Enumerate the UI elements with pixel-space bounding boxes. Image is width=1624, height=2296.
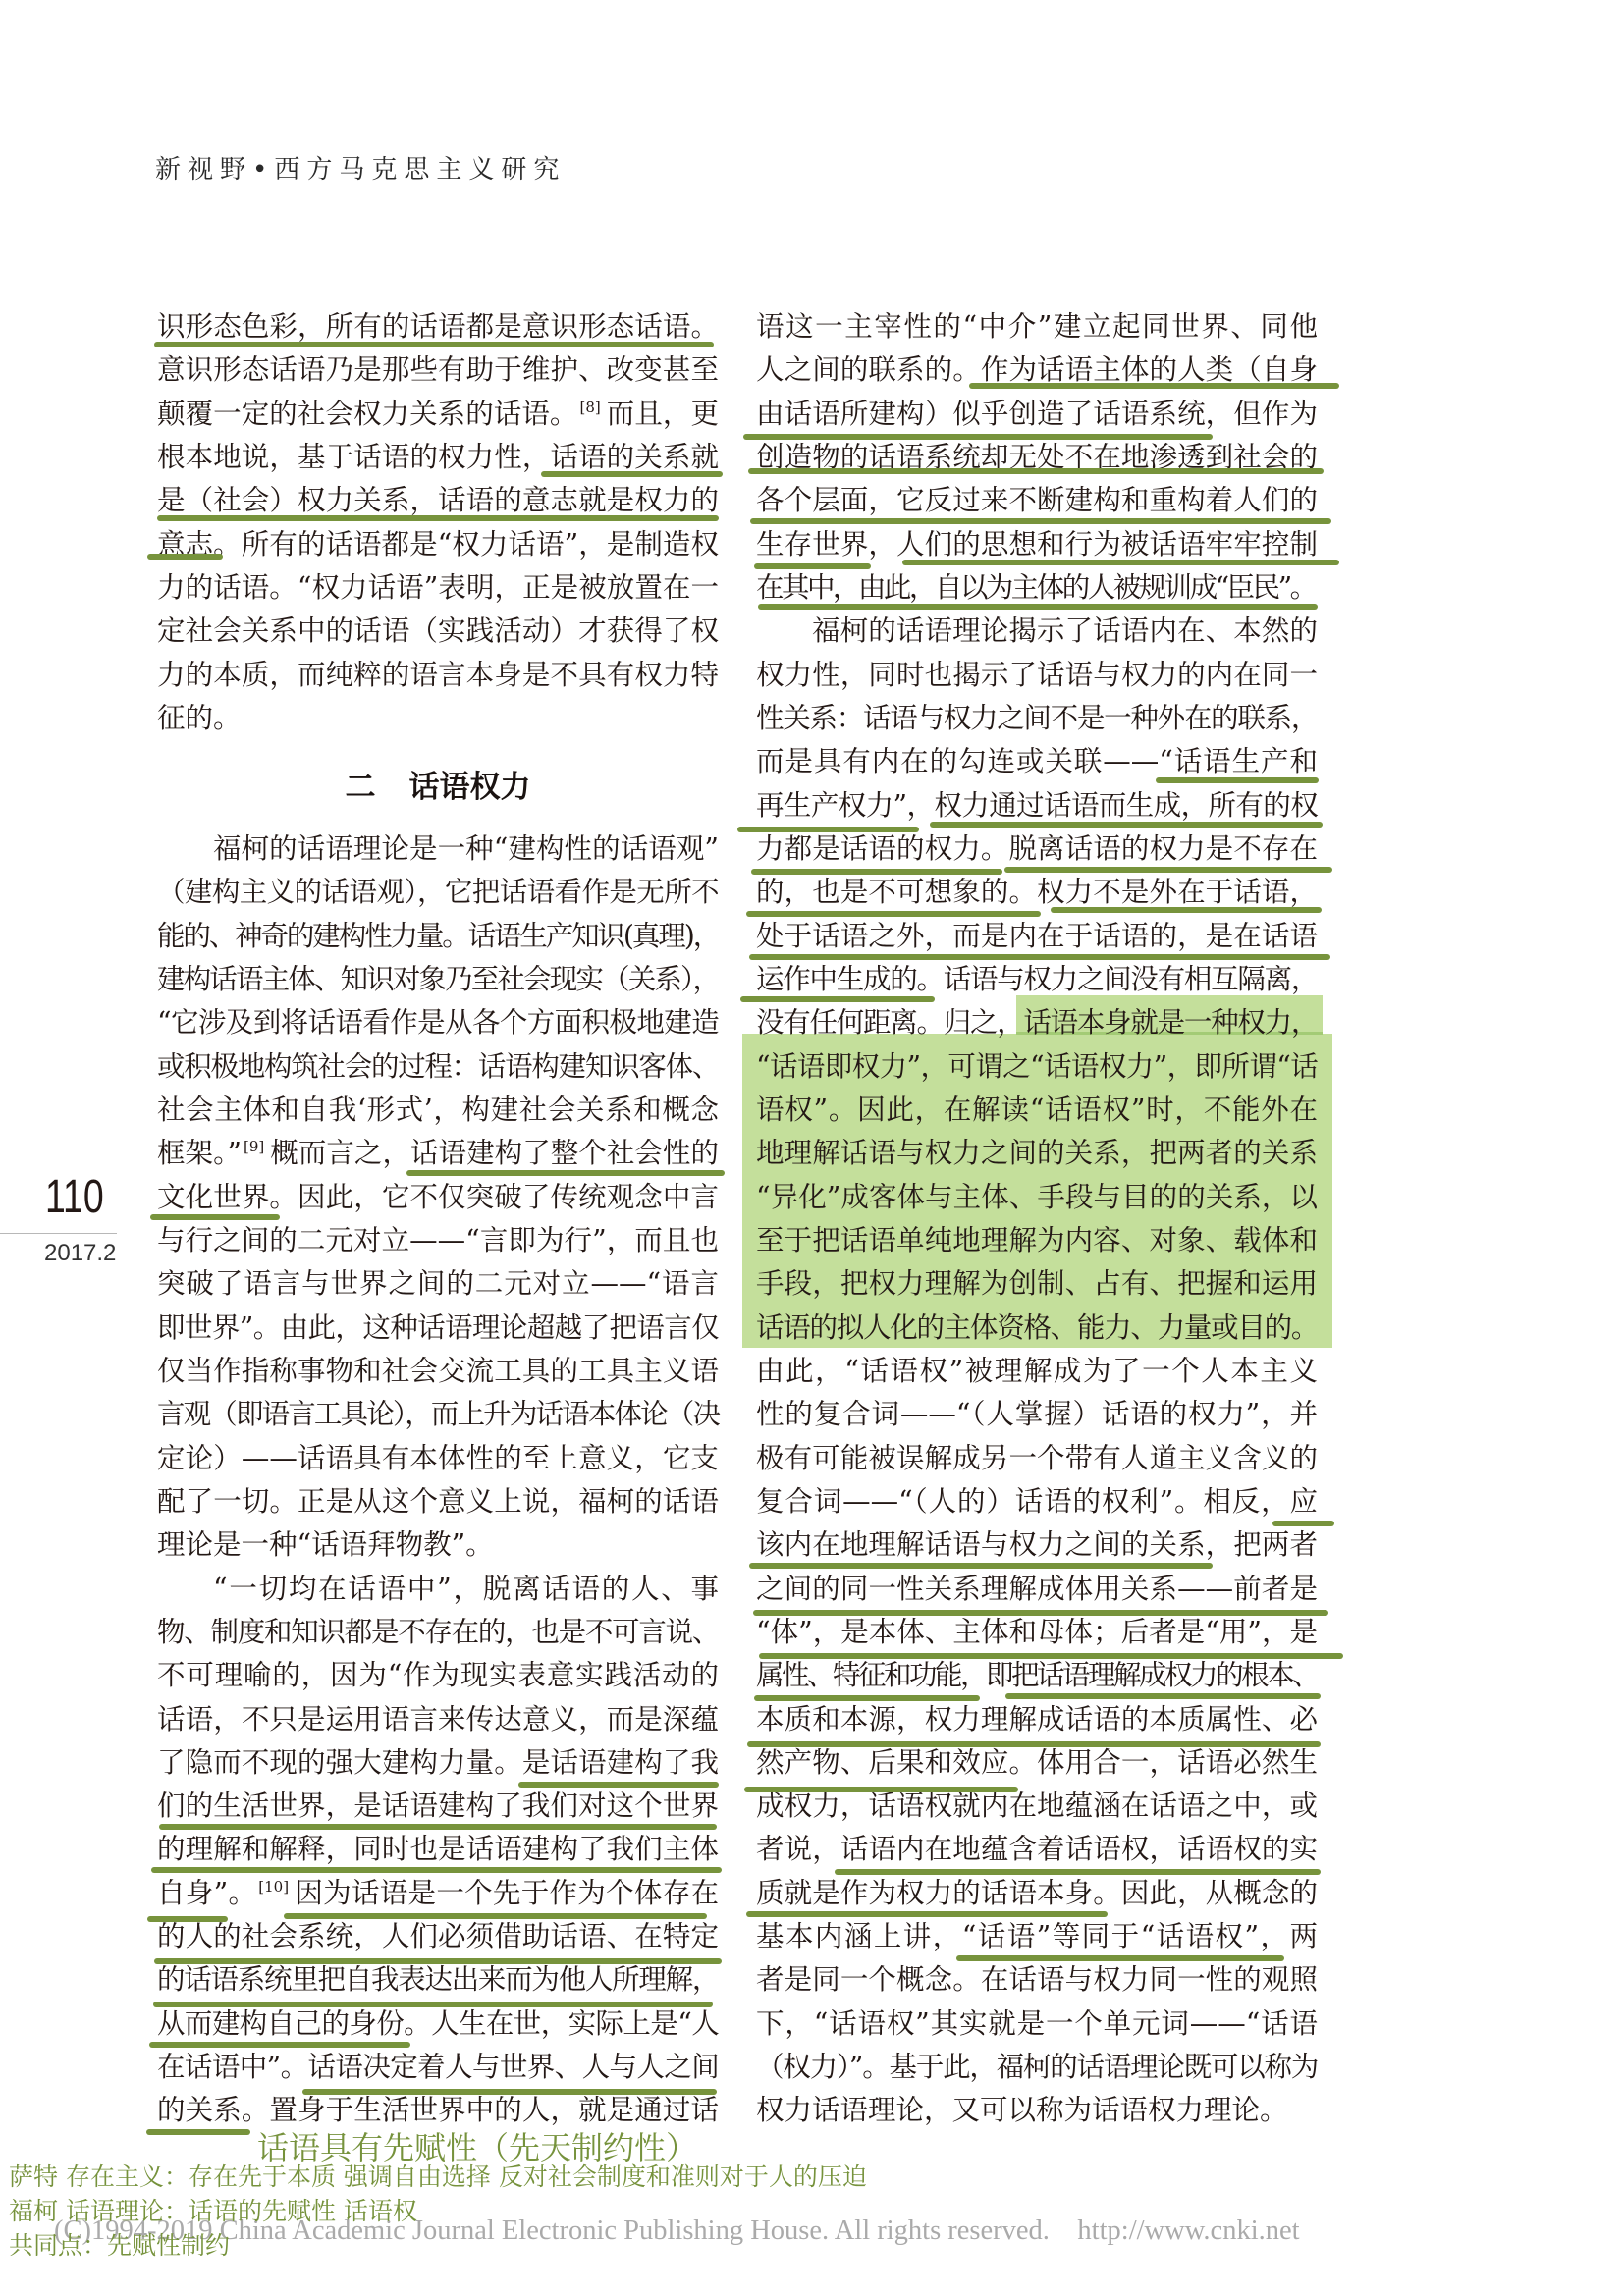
pen-underline [759,1653,1343,1659]
pen-underline [1004,867,1332,873]
pen-underline [284,1913,707,1919]
text-line: 各个层面，它反过来不断建构和重构着人们的 [756,479,1318,522]
annotation-note-common: 共同点：先赋性制约 [9,2228,230,2263]
line-text: 因为话语是一个先于作为个体存在 [295,1877,719,1909]
pen-underline [147,554,223,560]
text-line: 与行之间的二元对立——“言即为行”，而且也 [157,1219,719,1262]
text-line: 配了一切。正是从这个意义上说，福柯的话语 [157,1480,719,1523]
text-line: 定社会关系中的话语（实践活动）才获得了权 [157,610,719,653]
text-line: 处于话语之外，而是内在于话语的，是在话语 [756,915,1318,958]
text-line: 即世界”。由此，这种话语理论超越了把语言仅 [157,1307,719,1350]
text-line: 力的话语。“权力话语”表明，正是被放置在一 [157,566,719,610]
text-line: 定论）——话语具有本体性的至上意义，它支 [157,1437,719,1480]
page-number: 110 [45,1174,104,1221]
pen-underline [740,996,935,1002]
text-line: 基本内涵上讲，“话语”等同于“话语权”，两 [756,1915,1318,1958]
section-heading: 二 话语权力 [157,740,719,828]
text-line: 仅当作指称事物和社会交流工具的工具主义语 [157,1350,719,1393]
folio-divider [0,1233,117,1234]
text-line: 权力性，同时也揭示了话语与权力的内在同一 [756,654,1318,697]
text-line: 权力话语理论，又可以称为话语权力理论。 [756,2089,1318,2132]
pen-underline [751,869,1002,875]
text-line: 不可理喻的，因为“作为现实表意实践活动的 [157,1654,719,1697]
pen-underline [749,1563,1213,1569]
text-line: 语这一主宰性的“中介”建立起同世界、同他 [756,305,1318,348]
text-line: 没有任何距离。归之，话语本身就是一种权力， [756,1001,1318,1044]
pen-underline [541,471,723,477]
text-line: 能的、神奇的建构性力量。话语生产知识(真理)， [157,915,719,958]
text-line: 然产物、后果和效应。体用合一，话语必然生 [756,1741,1318,1785]
pen-underline [930,822,1323,828]
text-line: 的话语系统里把自我表达出来而为他人所理解， [157,1958,719,2002]
text-line: 话语，不只是运用语言来传达意义，而是深蕴 [157,1698,719,1741]
text-line: 属性、特征和功能，即把话语理解成权力的根本、 [756,1654,1318,1697]
text-line: 复合词——“（人的）话语的权利”。相反，应 [756,1480,1318,1523]
pen-underline [750,518,1331,524]
text-line: “一切均在话语中”，脱离话语的人、事 [157,1568,719,1611]
text-line: 自身”。[10]因为话语是一个先于作为个体存在 [157,1872,719,1915]
text-line: 从而建构自己的身份。人生在世，实际上是“人 [157,2002,719,2046]
text-line: “它涉及到将话语看作是从各个方面积极地建造 [157,1001,719,1044]
pen-underline [749,954,1330,960]
text-line: 地理解话语与权力之间的关系，把两者的关系 [756,1132,1318,1175]
pen-underline [758,604,1318,610]
annotation-note-sartre: 萨特 存在主义：存在先于本质 强调自由选择 反对社会制度和准则对于人的压迫 [9,2160,867,2194]
pen-underline [153,2002,713,2007]
line-text: 概而言之，话语建构了整个社会性的 [270,1137,719,1169]
pen-underline [1156,777,1319,783]
text-line: 征的。 [157,697,719,740]
citation-ref: [10] [258,1878,289,1896]
text-line: 语权”。因此，在解读“话语权”时，不能外在 [756,1089,1318,1132]
pen-underline [154,342,714,347]
text-line: 文化世界。因此，它不仅突破了传统观念中言 [157,1176,719,1219]
section-number: 二 [346,766,376,809]
pen-underline [969,383,1339,389]
text-line: 性关系：话语与权力之间不是一种外在的联系， [756,697,1318,740]
journal-page: 新视野•西方马克思主义研究 110 2017.2 识形态色彩，所有的话语都是意识… [0,0,1624,2296]
pen-underline [518,1782,719,1788]
pen-underline [157,515,719,521]
citation-ref: [9] [244,1138,264,1155]
pen-underline [747,1741,1321,1747]
text-line: “体”，是本体、主体和母体；后者是“用”，是 [756,1611,1318,1654]
pen-underline [1005,1693,1321,1699]
pen-underline [150,1214,280,1220]
pen-underline [154,1958,722,1964]
line-text: 颠覆一定的社会权力关系的话语。 [157,398,577,430]
text-line: 之间的同一性关系理解成体用关系——前者是 [756,1568,1318,1611]
pen-underline [754,1695,980,1701]
right-column: 语这一主宰性的“中介”建立起同世界、同他 人之间的联系的。作为话语主体的人类（自… [756,305,1318,2133]
pen-underline [149,2042,410,2048]
line-text: 而且，更 [607,398,719,430]
pen-underline [744,1787,1018,1792]
text-line: 颠覆一定的社会权力关系的话语。[8]而且，更 [157,393,719,436]
text-line: 福柯的话语理论是一种“建构性的话语观” [157,828,719,871]
pen-underline [956,1955,1284,1961]
text-line: 的理解和解释，同时也是话语建构了我们主体 [157,1828,719,1871]
text-line: 本质和本源，权力理解成话语的本质属性、必 [756,1698,1318,1741]
section-title: 话语权力 [409,766,531,809]
line-text: 框架。” [157,1137,242,1169]
pen-underline [743,434,1213,440]
text-line: 在话语中”。话语决定着人与世界、人与人之间 [157,2046,719,2089]
text-line: “异化”成客体与主体、手段与目的的关系，以 [756,1176,1318,1219]
text-line: 福柯的话语理论揭示了话语内在、本然的 [756,610,1318,653]
text-line: 理论是一种“话语拜物教”。 [157,1523,719,1567]
text-line: 框架。”[9]概而言之，话语建构了整个社会性的 [157,1132,719,1175]
pen-underline [1051,907,1322,913]
issue-number: 2017.2 [44,1242,116,1265]
pen-underline [835,1869,1321,1875]
text-line: 由此，“话语权”被理解成为了一个人本主义 [756,1350,1318,1393]
pen-underline [754,563,871,569]
text-line: 力都是话语的权力。脱离话语的权力是不存在 [756,828,1318,871]
text-line: 建构话语主体、知识对象乃至社会现实（关系）， [157,958,719,1001]
text-line: 的人的社会系统，人们必须借助话语、在特定 [157,1915,719,1958]
pen-underline [746,911,1041,917]
annotation-note-foucault: 福柯 话语理论：话语的先赋性 话语权 [9,2194,417,2228]
text-line: 者说，话语内在地蕴含着话语权，话语权的实 [756,1828,1318,1871]
text-line: 物、制度和知识都是不存在的，也是不可言说、 [157,1611,719,1654]
running-head: 新视野•西方马克思主义研究 [155,152,566,187]
text-line: 或积极地构筑社会的过程：话语构建知识客体、 [157,1045,719,1089]
text-line: 者是同一个概念。在话语与权力同一性的观照 [756,1958,1318,2002]
pen-underline [748,468,1324,474]
text-line: 下，“话语权”其实就是一个单元词——“话语 [756,2002,1318,2046]
pen-underline [159,1824,717,1830]
text-line: 意志。所有的话语都是“权力话语”，是制造权 [157,523,719,566]
text-line: 们的生活世界，是话语建构了我们对这个世界 [157,1785,719,1828]
text-line: 质就是作为权力的话语本身。因此，从概念的 [756,1872,1318,1915]
pen-underline [302,2089,717,2095]
text-line: 突破了语言与世界之间的二元对立——“语言 [157,1262,719,1306]
line-text: 自身”。 [157,1877,256,1909]
text-line: 力的本质，而纯粹的语言本身是不具有权力特 [157,654,719,697]
text-line: （权力）”。基于此，福柯的话语理论既可以称为 [756,2046,1318,2089]
pen-underline [902,560,1339,565]
text-line: 性的复合词——“（人掌握）话语的权力”，并 [756,1393,1318,1436]
text-line: 了隐而不现的强大建构力量。是话语建构了我 [157,1741,719,1785]
pen-underline [746,1911,1108,1917]
text-line: 社会主体和自我‘形式’，构建社会关系和概念 [157,1089,719,1132]
text-line: 运作中生成的。话语与权力之间没有相互隔离， [756,958,1318,1001]
pen-underline [151,1867,722,1873]
text-line: 该内在地理解话语与权力之间的关系，把两者 [756,1523,1318,1567]
text-line: （建构主义的话语观），它把话语看作是无所不 [157,871,719,914]
text-line: 至于把话语单纯地理解为内容、对象、载体和 [756,1219,1318,1262]
text-line: 的关系。置身于生活世界中的人，就是通过话 [157,2089,719,2132]
text-line: 言观（即语言工具论），而上升为话语本体论（决 [157,1393,719,1436]
pen-underline [146,2129,250,2135]
pen-underline [737,827,919,832]
pen-underline [406,1170,725,1176]
pen-underline [753,1610,1328,1616]
pen-underline [1272,1521,1334,1526]
citation-ref: [8] [579,399,600,416]
text-line: 由话语所建构）似乎创造了话语系统，但作为 [756,393,1318,436]
text-line: 意识形态话语乃是那些有助于维护、改变甚至 [157,348,719,392]
text-line: 手段，把权力理解为创制、占有、把握和运用 [756,1262,1318,1306]
text-line: “话语即权力”，可谓之“话语权力”，即所谓“话 [756,1045,1318,1089]
text-line: 话语的拟人化的主体资格、能力、力量或目的。 [756,1307,1318,1350]
text-line: 极有可能被误解成另一个带有人道主义含义的 [756,1437,1318,1480]
pen-underline [147,1916,228,1922]
